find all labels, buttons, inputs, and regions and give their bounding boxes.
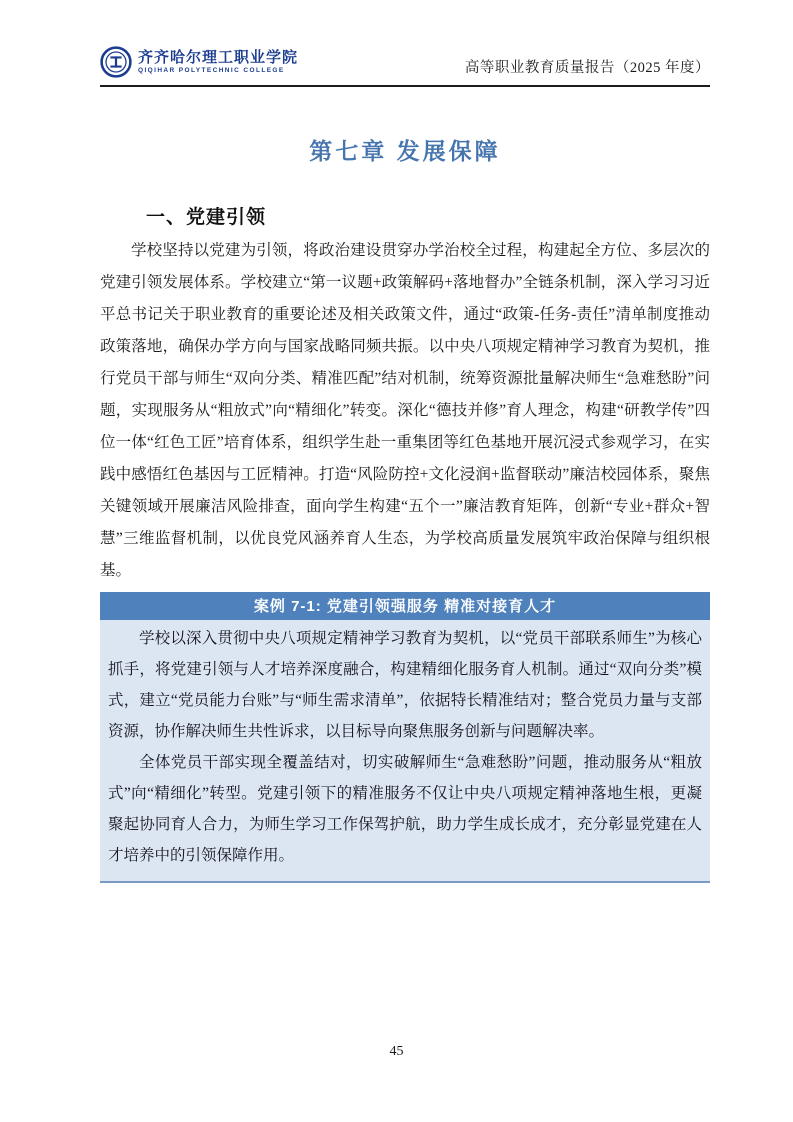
college-name-block: 齐齐哈尔理工职业学院 QIQIHAR POLYTECHNIC COLLEGE	[138, 49, 298, 75]
section-paragraph: 学校坚持以党建为引领，将政治建设贯穿办学治校全过程，构建起全方位、多层次的党建引…	[100, 235, 710, 587]
case-box-body: 学校以深入贯彻中央八项规定精神学习教育为契机，以“党员干部联系师生”为核心抓手，…	[100, 620, 710, 883]
case-box: 案例 7-1: 党建引领强服务 精准对接育人才 学校以深入贯彻中央八项规定精神学…	[100, 592, 710, 883]
document-page: 齐齐哈尔理工职业学院 QIQIHAR POLYTECHNIC COLLEGE 高…	[0, 0, 793, 1122]
report-title: 高等职业教育质量报告（2025 年度）	[465, 56, 710, 78]
chapter-title: 第七章 发展保障	[100, 133, 710, 166]
page-number: 45	[0, 1044, 793, 1060]
case-paragraph-1: 学校以深入贯彻中央八项规定精神学习教育为契机，以“党员干部联系师生”为核心抓手，…	[108, 623, 702, 747]
college-name-zh: 齐齐哈尔理工职业学院	[138, 49, 298, 66]
section-heading: 一、党建引领	[146, 202, 710, 229]
college-name-en: QIQIHAR POLYTECHNIC COLLEGE	[138, 66, 298, 75]
college-emblem-icon	[100, 46, 132, 78]
case-paragraph-2: 全体党员干部实现全覆盖结对，切实破解师生“急难愁盼”问题，推动服务从“粗放式”向…	[108, 747, 702, 871]
page-header: 齐齐哈尔理工职业学院 QIQIHAR POLYTECHNIC COLLEGE 高…	[100, 46, 710, 87]
page-content: 第七章 发展保障 一、党建引领 学校坚持以党建为引领，将政治建设贯穿办学治校全过…	[100, 100, 710, 883]
college-logo: 齐齐哈尔理工职业学院 QIQIHAR POLYTECHNIC COLLEGE	[100, 46, 298, 78]
case-box-title: 案例 7-1: 党建引领强服务 精准对接育人才	[100, 592, 710, 620]
